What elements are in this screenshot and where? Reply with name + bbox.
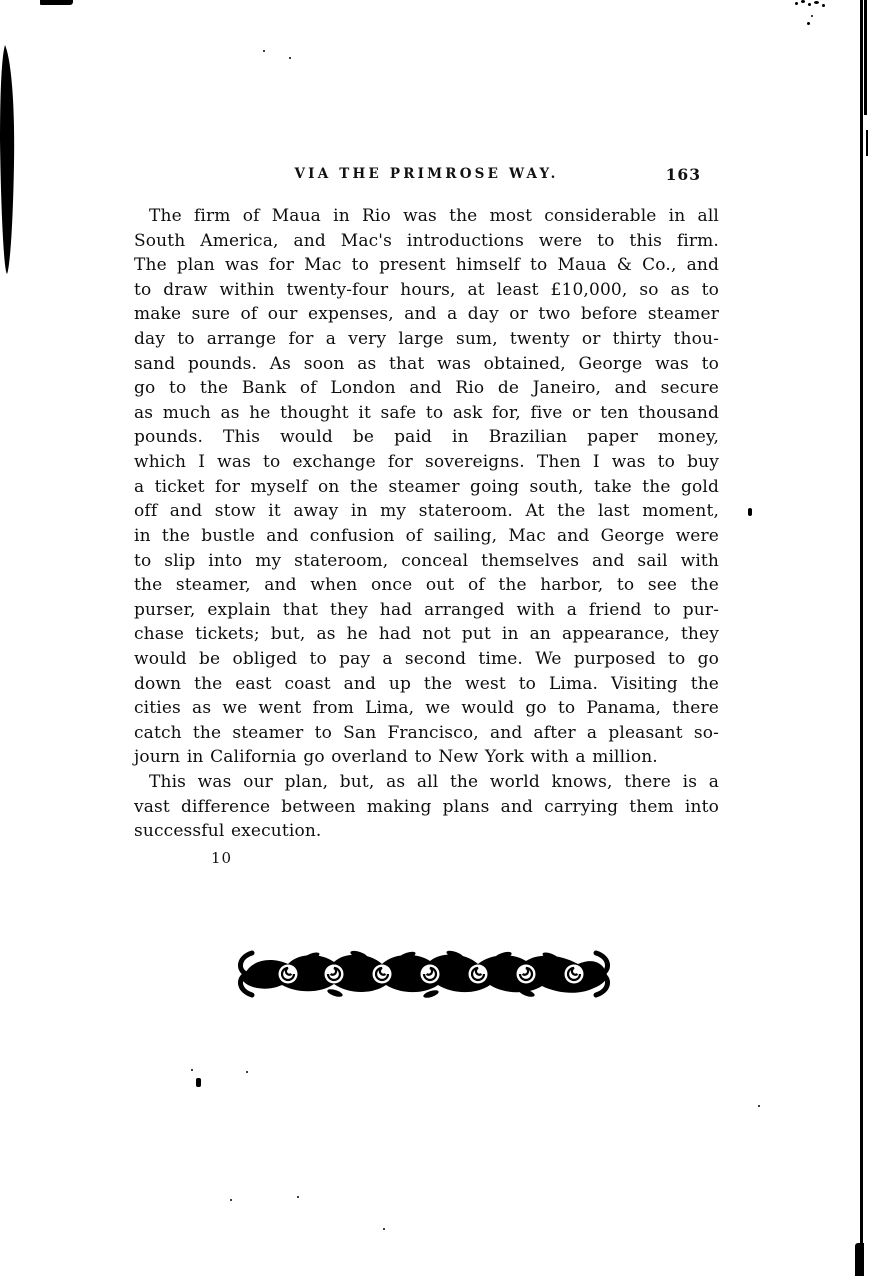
- speck: [263, 50, 265, 52]
- text-line: to draw within twenty-four hours, at lea…: [134, 278, 719, 303]
- scanned-book-page: VIA THE PRIMROSE WAY. 163 The firm of Ma…: [0, 0, 870, 1276]
- text-line: pounds. This would be paid in Brazilian …: [134, 425, 719, 450]
- scan-ink-streak-left: [0, 45, 16, 277]
- speck: [246, 1071, 248, 1073]
- text-line: go to the Bank of London and Rio de Jane…: [134, 376, 719, 401]
- scan-gutter-line-right-top: [864, 0, 867, 115]
- speck: [383, 1228, 385, 1230]
- scan-gutter-dash-right: [866, 130, 868, 156]
- speck: [297, 1196, 299, 1198]
- speck: [811, 15, 813, 17]
- scan-gutter-line-right: [860, 0, 863, 1276]
- signature-mark: 10: [211, 849, 232, 867]
- speck: [795, 2, 798, 5]
- text-line: sand pounds. As soon as that was obtaine…: [134, 352, 719, 377]
- foliate-tailpiece-ornament: [236, 948, 612, 1000]
- text-block: The firm of Maua in Rio was the most con…: [134, 204, 719, 844]
- page-number: 163: [666, 165, 701, 184]
- scan-gutter-blob-bottom-right: [855, 1243, 864, 1276]
- stray-apostrophe-mark: [748, 508, 752, 516]
- text-line: in the bustle and confusion of sailing, …: [134, 524, 719, 549]
- running-title: VIA THE PRIMROSE WAY.: [134, 166, 719, 182]
- stray-ink-mark-bottom: [196, 1078, 201, 1087]
- text-line: vast difference between making plans and…: [134, 795, 719, 820]
- text-line: to slip into my stateroom, conceal thems…: [134, 549, 719, 574]
- text-line: would be obliged to pay a second time. W…: [134, 647, 719, 672]
- text-line: make sure of our expenses, and a day or …: [134, 302, 719, 327]
- text-line: South America, and Mac's introductions w…: [134, 229, 719, 254]
- text-line: journ in California go overland to New Y…: [134, 745, 719, 770]
- text-line: down the east coast and up the west to L…: [134, 672, 719, 697]
- text-line: successful execution.: [134, 819, 719, 844]
- text-line: purser, explain that they had arranged w…: [134, 598, 719, 623]
- text-line: cities as we went from Lima, we would go…: [134, 696, 719, 721]
- scan-smudge-top-left: [40, 0, 73, 5]
- text-line: This was our plan, but, as all the world…: [134, 770, 719, 795]
- running-head: VIA THE PRIMROSE WAY. 163: [134, 166, 719, 188]
- text-line: which I was to exchange for sovereigns. …: [134, 450, 719, 475]
- text-line: off and stow it away in my stateroom. At…: [134, 499, 719, 524]
- speck: [808, 3, 811, 6]
- text-line: The firm of Maua in Rio was the most con…: [134, 204, 719, 229]
- speck: [807, 22, 810, 25]
- speck: [758, 1105, 760, 1107]
- text-line: as much as he thought it safe to ask for…: [134, 401, 719, 426]
- speck: [191, 1069, 193, 1071]
- speck: [814, 1, 819, 4]
- text-line: The plan was for Mac to present himself …: [134, 253, 719, 278]
- text-line: the steamer, and when once out of the ha…: [134, 573, 719, 598]
- text-line: chase tickets; but, as he had not put in…: [134, 622, 719, 647]
- text-line: day to arrange for a very large sum, twe…: [134, 327, 719, 352]
- text-line: catch the steamer to San Francisco, and …: [134, 721, 719, 746]
- speck: [289, 57, 291, 59]
- speck: [230, 1199, 232, 1201]
- text-line: a ticket for myself on the steamer going…: [134, 475, 719, 500]
- speck: [801, 0, 805, 3]
- speck: [822, 4, 825, 7]
